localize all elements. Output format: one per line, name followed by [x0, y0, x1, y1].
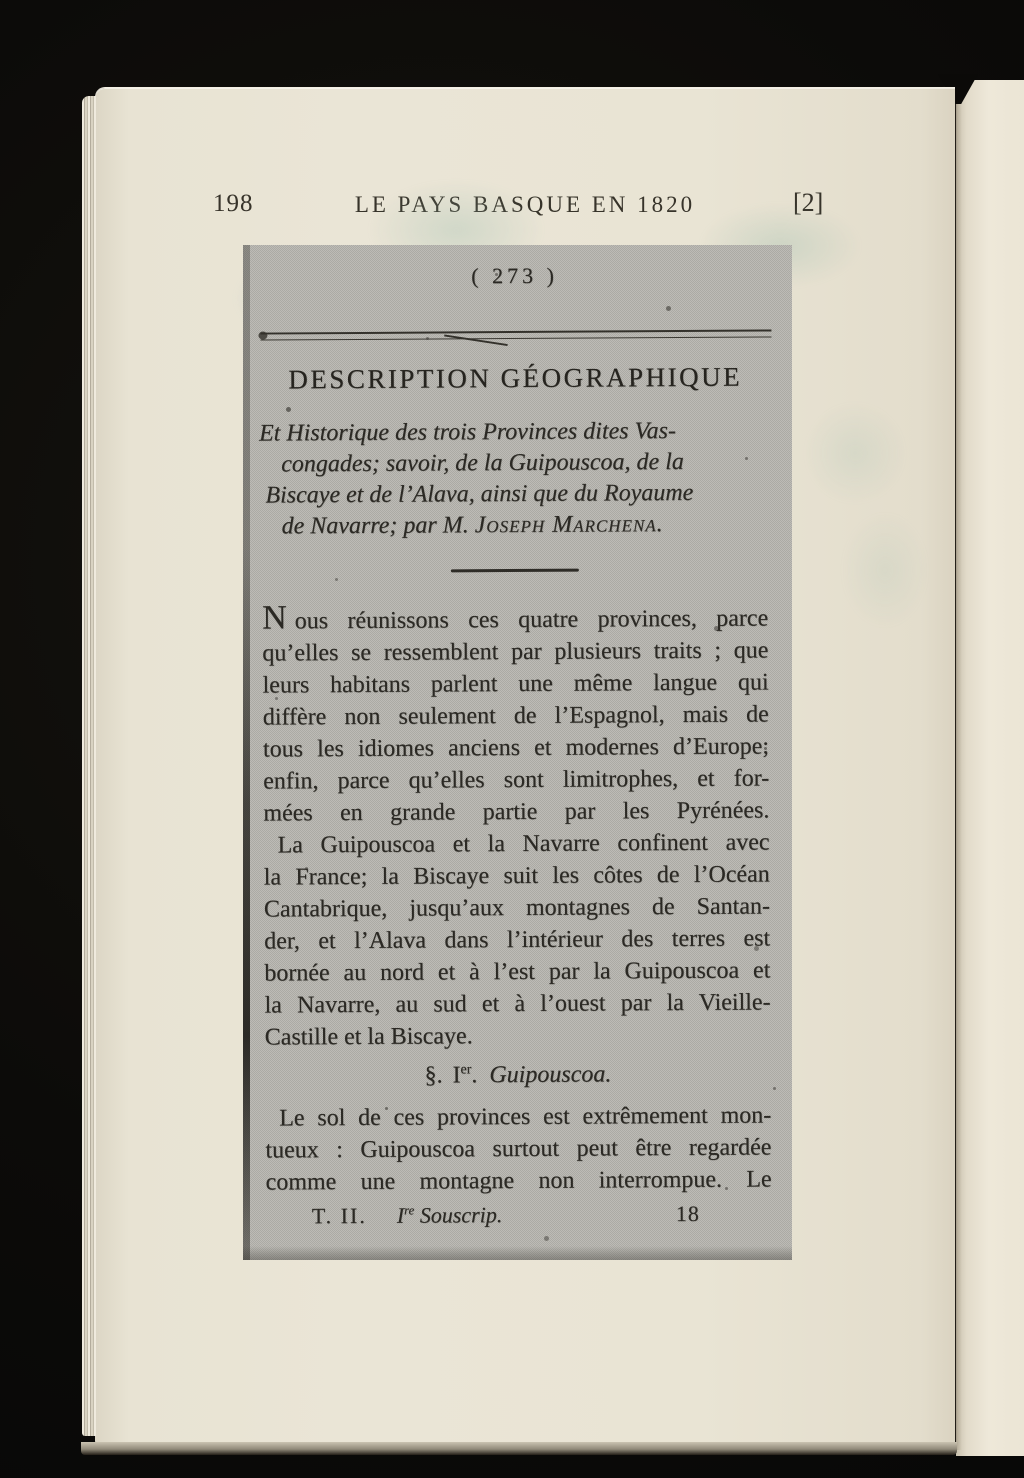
facsimile-content: ( 273 ) DESCRIPTION GÉOGRAPHIQUE Et Hist… — [240, 243, 795, 1261]
subtitle-line-3: Biscaye et de l’Alava, ainsi que du Roya… — [259, 477, 768, 511]
section-heading: §.Ier.Guipouscoa. — [265, 1057, 771, 1092]
short-rule — [450, 569, 578, 573]
paragraph-2-last-line: Castille et la Biscaye. — [265, 1018, 771, 1053]
book-page: 198 LE PAYS BASQUE EN 1820 [2] ( 273 ) D… — [95, 88, 955, 1444]
signature-number: 18 — [676, 1198, 700, 1230]
facsimile-body: Nous réunissons ces quatre provinces, pa… — [262, 599, 772, 1232]
initial-capital: N — [262, 599, 288, 636]
facsimile-page-number: ( 273 ) — [240, 261, 789, 290]
show-through-ornament-side — [795, 388, 945, 648]
paragraph-1-first-line: Nous réunissons ces quatre provinces, pa… — [262, 599, 768, 637]
subtitle-line-4: de Navarre; par M. Joseph Marchena. — [260, 508, 769, 542]
souscription-label: Ire Souscrip. — [397, 1199, 503, 1232]
paragraph-1: qu’elles se ressemblent par plusieurs tr… — [262, 634, 769, 829]
section-ordinal: er — [460, 1062, 471, 1077]
subtitle-line-2: congades; savoir, de la Guipouscoa, de l… — [259, 446, 768, 480]
tome-label: T. II. — [312, 1200, 367, 1232]
section-symbol: §. — [424, 1062, 442, 1088]
facsimile-footer: T. II. Ire Souscrip. 18 — [266, 1197, 772, 1232]
page-bottom-edge — [81, 1442, 957, 1455]
facsimile-subtitle: Et Historique des trois Provinces dites … — [259, 415, 769, 542]
section-name: Guipouscoa. — [489, 1061, 611, 1088]
page-edges-stack — [82, 96, 96, 1436]
paragraph-2: La Guipouscoa et la Navarre confinent av… — [263, 826, 770, 1021]
paragraph-3: Le sol de ces provinces est extrêmement … — [265, 1099, 772, 1198]
author-name: Joseph Marchena. — [475, 511, 664, 538]
facing-page — [956, 80, 1024, 1456]
facsimile-title: DESCRIPTION GÉOGRAPHIQUE — [241, 361, 790, 395]
subtitle-line-1: Et Historique des trois Provinces dites … — [259, 418, 676, 447]
facsimile-scan: ( 273 ) DESCRIPTION GÉOGRAPHIQUE Et Hist… — [243, 245, 792, 1260]
double-rule — [260, 329, 771, 340]
